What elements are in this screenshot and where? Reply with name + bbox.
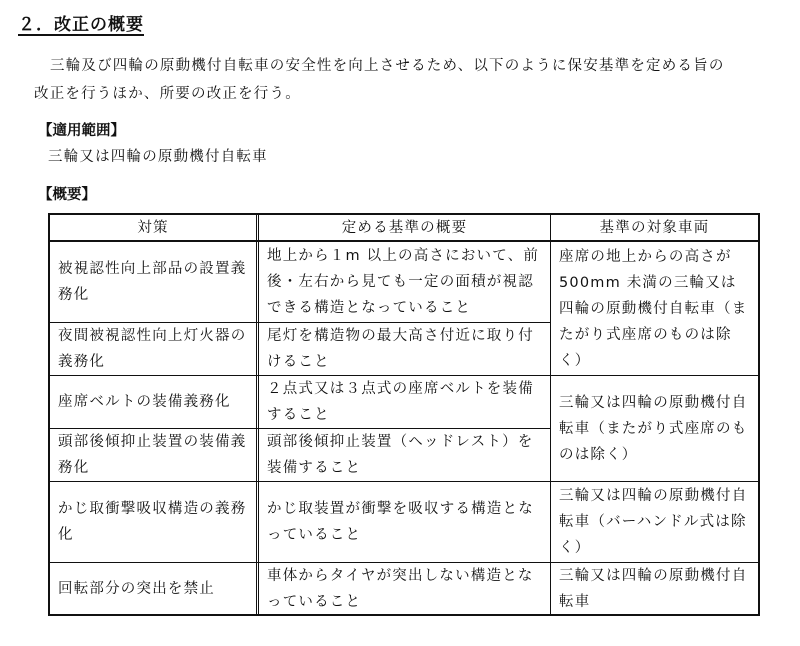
header-target: 基準の対象車両	[551, 215, 758, 240]
table-row-1-measure: 被視認性向上部品の設置義務化	[50, 242, 256, 322]
table-row-6-measure: 回転部分の突出を禁止	[50, 563, 256, 614]
table-row-2-standard: 尾灯を構造物の最大高さ付近に取り付けること	[259, 323, 550, 375]
table-row-4-measure: 頭部後傾抑止装置の装備義務化	[50, 429, 256, 481]
scope-label: 【適用範囲】	[38, 119, 125, 140]
table-row-3-measure: 座席ベルトの装備義務化	[50, 376, 256, 428]
header-standard: 定める基準の概要	[259, 215, 550, 240]
intro-paragraph: 三輪及び四輪の原動機付自転車の安全性を向上させるため、以下のように保安基準を定め…	[34, 52, 774, 108]
table-row-2-measure: 夜間被視認性向上灯火器の義務化	[50, 323, 256, 375]
overview-table: 対策 定める基準の概要 基準の対象車両 被視認性向上部品の設置義務化 地上から１…	[48, 213, 760, 616]
table-target-group-4: 三輪又は四輪の原動機付自転車	[551, 563, 758, 614]
intro-paragraph-line-2: 改正を行うほか、所要の改正を行う。	[34, 80, 774, 108]
table-row-5-measure: かじ取衝撃吸収構造の義務化	[50, 482, 256, 562]
table-target-group-1: 座席の地上からの高さが500mm 未満の三輪又は四輪の原動機付自転車（またがり式…	[551, 242, 758, 375]
table-row-5-standard: かじ取装置が衝撃を吸収する構造となっていること	[259, 482, 550, 562]
section-heading: ２．改正の概要	[18, 10, 144, 35]
table-row-3-standard: ２点式又は３点式の座席ベルトを装備すること	[259, 376, 550, 428]
header-measure: 対策	[50, 215, 256, 240]
table-row-6-standard: 車体からタイヤが突出しない構造となっていること	[259, 563, 550, 614]
table-row-4-standard: 頭部後傾抑止装置（ヘッドレスト）を装備すること	[259, 429, 550, 481]
intro-paragraph-line-1: 三輪及び四輪の原動機付自転車の安全性を向上させるため、以下のように保安基準を定め…	[34, 52, 774, 80]
table-target-group-2: 三輪又は四輪の原動機付自転車（またがり式座席のものは除く）	[551, 376, 758, 481]
overview-label: 【概要】	[38, 183, 96, 204]
table-row-1-standard: 地上から１m 以上の高さにおいて、前後・左右から見ても一定の面積が視認できる構造…	[259, 242, 550, 322]
table-target-group-3: 三輪又は四輪の原動機付自転車（バーハンドル式は除く）	[551, 482, 758, 562]
scope-text: 三輪又は四輪の原動機付自転車	[48, 145, 268, 166]
